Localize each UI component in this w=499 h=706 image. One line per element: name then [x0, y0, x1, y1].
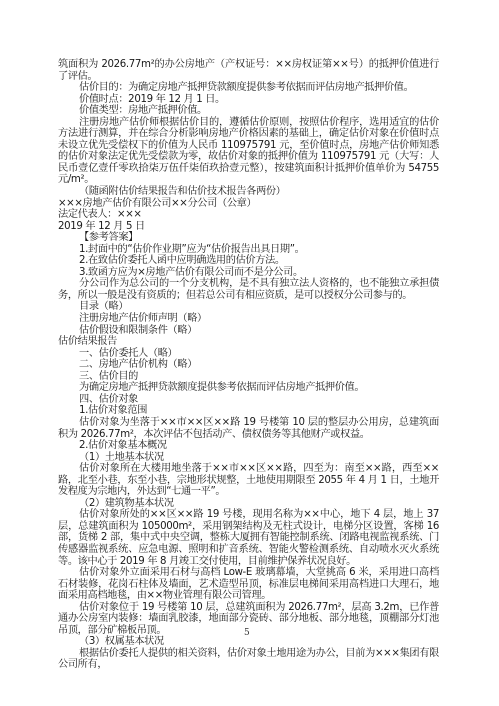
answer-item-2: 2.在致估价委托人函中应明确选用的估价方法。	[58, 255, 439, 267]
paragraph-value-type: 价值类型：房地产抵押价值。	[58, 105, 439, 117]
company-signature: ×××房地产估价有限公司××分公司（公章）	[58, 198, 439, 210]
paragraph-area-continued: 筑面积为 2026.77m²的办公房地产（产权证号：××房权证第××号）的抵押价…	[58, 59, 439, 82]
section-purpose: 三、估价目的	[58, 371, 439, 383]
facade-text: 估价对象外立面采用石材与高档 Low-E 玻璃幕墙，大堂挑高 6 米，采用进口高…	[58, 567, 439, 602]
subsection-ownership: （3）权属基本状况	[58, 636, 439, 648]
subsection-building: （2）建筑物基本状况	[58, 498, 439, 510]
purpose-text: 为确定房地产抵押贷款额度提供参考依据而评估房地产抵押价值。	[58, 382, 439, 394]
section-client: 一、估价委托人（略）	[58, 348, 439, 360]
paragraph-purpose: 估价目的：为确定房地产抵押贷款额度提供参考依据而评估房地产抵押价值。	[58, 82, 439, 94]
section-agency: 二、房地产估价机构（略）	[58, 359, 439, 371]
paragraph-value-date: 价值时点：2019 年 12 月 1 日。	[58, 94, 439, 106]
reference-answer-heading: 【参考答案】	[58, 232, 439, 244]
signature-date: 2019 年 12 月 5 日	[58, 221, 439, 233]
section-heading-result-report: 估价结果报告	[58, 336, 439, 348]
land-text: 估价对象所在大楼用地坐落于××市××区××路，四至为：南至××路，西至××路，北…	[58, 463, 439, 498]
ownership-text: 根据估价委托人提供的相关资料，估价对象土地用途为办公，目前为×××集团有限公司所…	[58, 648, 439, 671]
assumptions-line: 估价假设和限制条件（略）	[58, 325, 439, 337]
page-number: 5	[244, 628, 250, 638]
document-page: 筑面积为 2026.77m²的办公房地产（产权证号：××房权证第××号）的抵押价…	[58, 59, 439, 671]
paragraph-valuation-result: 注册房地产估价师根据估价目的，遵循估价原则，按照估价程序，选用适宜的估价方法进行…	[58, 117, 439, 186]
appraiser-statement-line: 注册房地产估价师声明（略）	[58, 313, 439, 325]
building-text: 估价对象所处的××区××路 19 号楼，现用名称为××中心，地下 4 层，地上 …	[58, 509, 439, 567]
subsection-overview: 2.估价对象基本概况	[58, 440, 439, 452]
legal-representative: 法定代表人：×××	[58, 209, 439, 221]
answer-item-1: 1.封面中的“估价作业期”应为“估价报告出具日期”。	[58, 244, 439, 256]
section-object: 四、估价对象	[58, 394, 439, 406]
paragraph-attachments: （随函附估价结果报告和估价技术报告各两份）	[58, 186, 439, 198]
subsection-scope: 1.估价对象范围	[58, 405, 439, 417]
subsection-land: （1）土地基本状况	[58, 452, 439, 464]
toc-line: 目录（略）	[58, 301, 439, 313]
paragraph-branch-explanation: 分公司作为总公司的一个分支机构，是不具有独立法人资格的，也不能独立承担债务，所以…	[58, 278, 439, 301]
answer-item-3: 3.致函方应为×房地产估价有限公司而不是分公司。	[58, 267, 439, 279]
scope-text: 估价对象为坐落于××市××区××路 19 号楼第 10 层的整层办公用房，总建筑…	[58, 417, 439, 440]
